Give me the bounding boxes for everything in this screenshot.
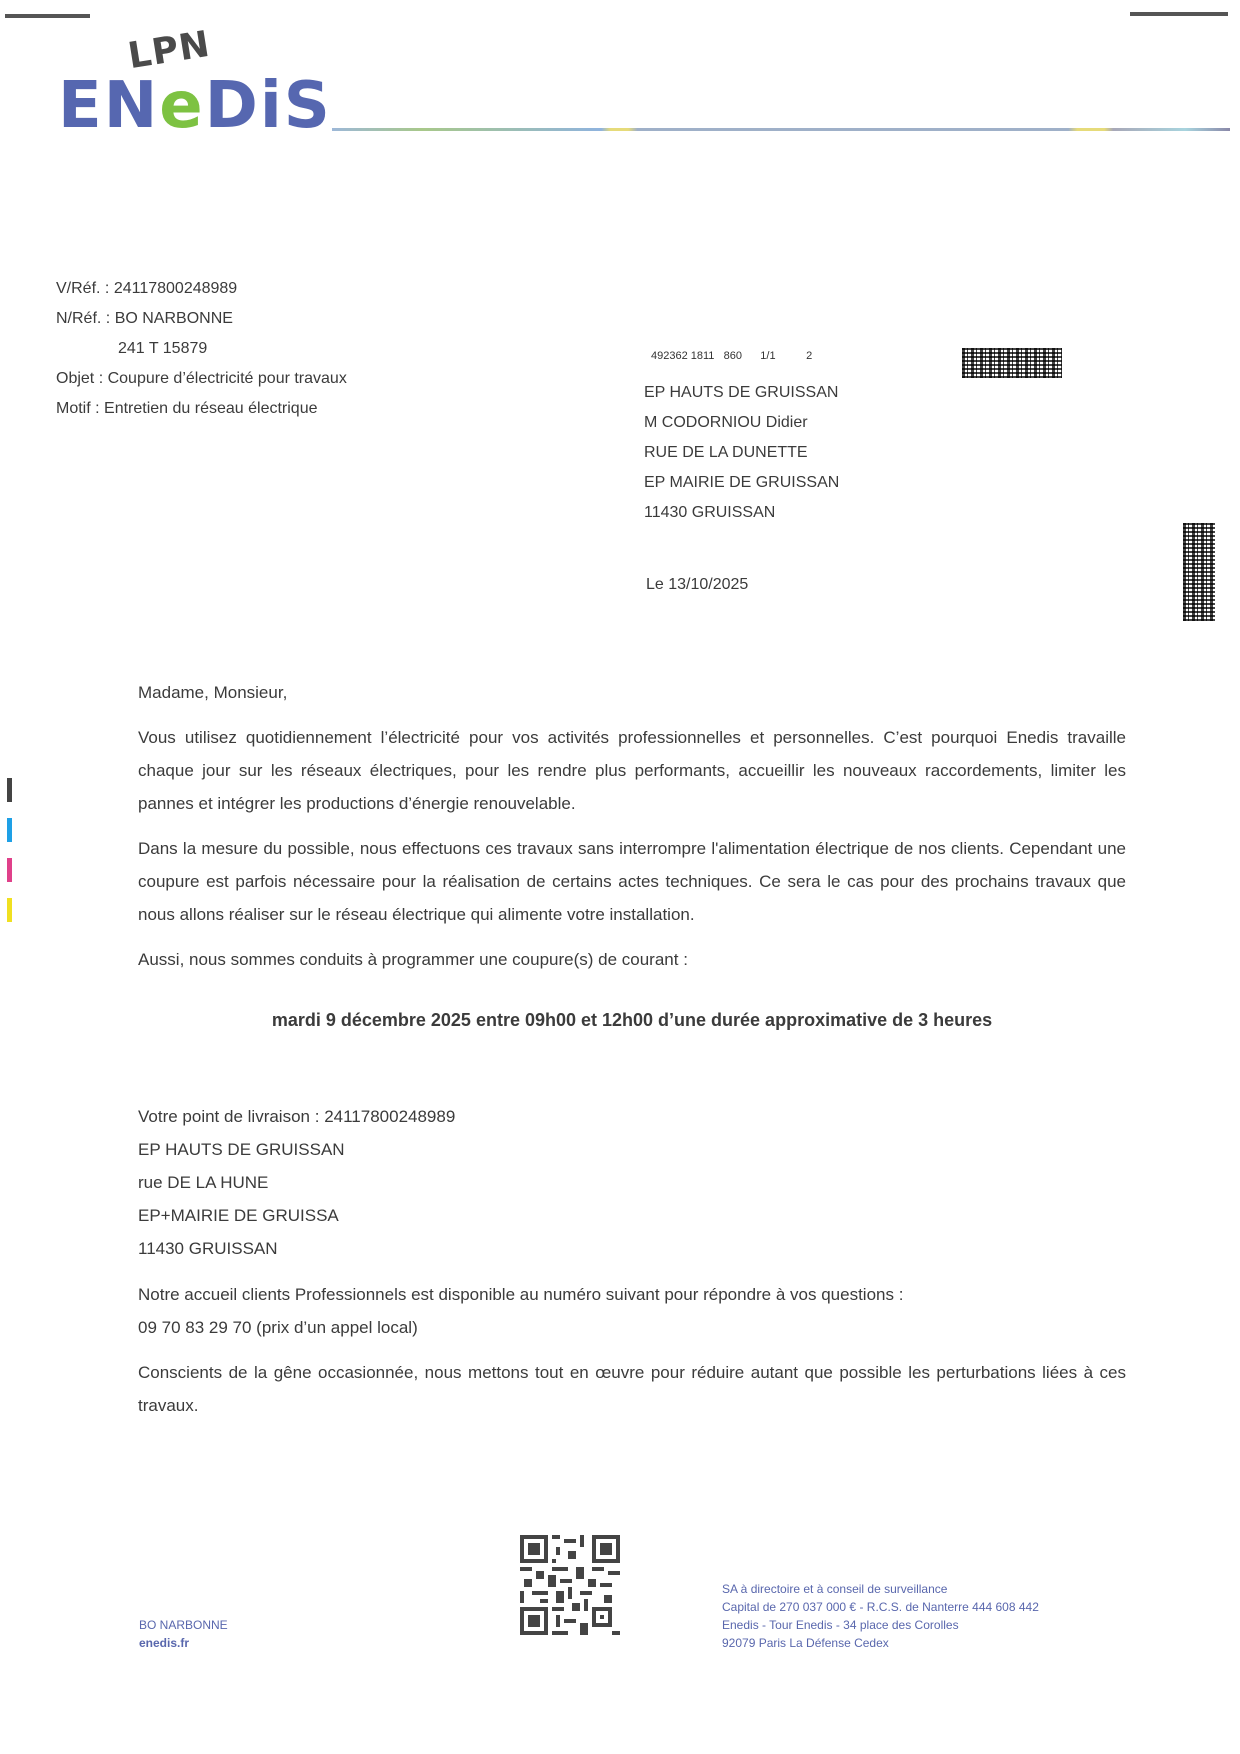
- enedis-logo: ENeDiS: [58, 74, 332, 138]
- delivery-point-block: Votre point de livraison : 2411780024898…: [138, 1100, 455, 1265]
- recipient-line: M CODORNIOU Didier: [644, 408, 839, 438]
- motif: Motif : Entretien du réseau électrique: [56, 394, 347, 424]
- references-block: V/Réf. : 24117800248989 N/Réf. : BO NARB…: [56, 274, 347, 424]
- closing-text: Conscients de la gêne occasionnée, nous …: [138, 1356, 1126, 1422]
- delivery-point: Votre point de livraison : 2411780024898…: [138, 1100, 455, 1133]
- v-ref: V/Réf. : 24117800248989: [56, 274, 347, 304]
- delivery-address-line: EP+MAIRIE DE GRUISSA: [138, 1199, 455, 1232]
- office-name: BO NARBONNE: [139, 1616, 228, 1634]
- paragraph: Vous utilisez quotidiennement l’électric…: [138, 721, 1126, 820]
- legal-line: 92079 Paris La Défense Cedex: [722, 1634, 1039, 1652]
- contact-text: Notre accueil clients Professionnels est…: [138, 1278, 1126, 1311]
- print-mark-magenta: [7, 858, 12, 882]
- recipient-line: 11430 GRUISSAN: [644, 498, 839, 528]
- recipient-address: EP HAUTS DE GRUISSAN M CODORNIOU Didier …: [644, 378, 839, 528]
- outage-schedule: mardi 9 décembre 2025 entre 09h00 et 12h…: [138, 1010, 1126, 1031]
- crop-mark-left: [5, 14, 90, 18]
- header-rule: [332, 128, 1230, 131]
- letter-date: Le 13/10/2025: [646, 576, 748, 594]
- qr-code-icon: [520, 1535, 620, 1635]
- side-datamatrix-code-icon: [1183, 523, 1215, 621]
- website-link[interactable]: enedis.fr: [139, 1634, 228, 1652]
- recipient-line: RUE DE LA DUNETTE: [644, 438, 839, 468]
- legal-line: Enedis - Tour Enedis - 34 place des Coro…: [722, 1616, 1039, 1634]
- delivery-address-line: 11430 GRUISSAN: [138, 1232, 455, 1265]
- paragraph: Dans la mesure du possible, nous effectu…: [138, 832, 1126, 931]
- objet: Objet : Coupure d’électricité pour trava…: [56, 364, 347, 394]
- contact-block: Notre accueil clients Professionnels est…: [138, 1278, 1126, 1422]
- datamatrix-code-icon: [962, 348, 1062, 378]
- delivery-address-line: rue DE LA HUNE: [138, 1166, 455, 1199]
- mailing-code: 492362 1811 860 1/1 2: [651, 350, 812, 362]
- n-ref: N/Réf. : BO NARBONNE: [56, 304, 347, 334]
- paragraph: Aussi, nous sommes conduits à programmer…: [138, 943, 1126, 976]
- delivery-address-line: EP HAUTS DE GRUISSAN: [138, 1133, 455, 1166]
- footer-legal: SA à directoire et à conseil de surveill…: [722, 1580, 1039, 1652]
- legal-line: Capital de 270 037 000 € - R.C.S. de Nan…: [722, 1598, 1039, 1616]
- print-mark-cyan: [7, 818, 12, 842]
- recipient-line: EP HAUTS DE GRUISSAN: [644, 378, 839, 408]
- n-ref-code: 241 T 15879: [56, 334, 347, 364]
- footer-office: BO NARBONNE enedis.fr: [139, 1616, 228, 1652]
- recipient-line: EP MAIRIE DE GRUISSAN: [644, 468, 839, 498]
- contact-phone: 09 70 83 29 70 (prix d’un appel local): [138, 1311, 1126, 1344]
- legal-line: SA à directoire et à conseil de surveill…: [722, 1580, 1039, 1598]
- crop-mark-right: [1130, 12, 1228, 16]
- print-mark-black: [7, 778, 12, 802]
- salutation: Madame, Monsieur,: [138, 676, 1126, 709]
- print-mark-yellow: [7, 898, 12, 922]
- letter-body: Madame, Monsieur, Vous utilisez quotidie…: [138, 676, 1126, 976]
